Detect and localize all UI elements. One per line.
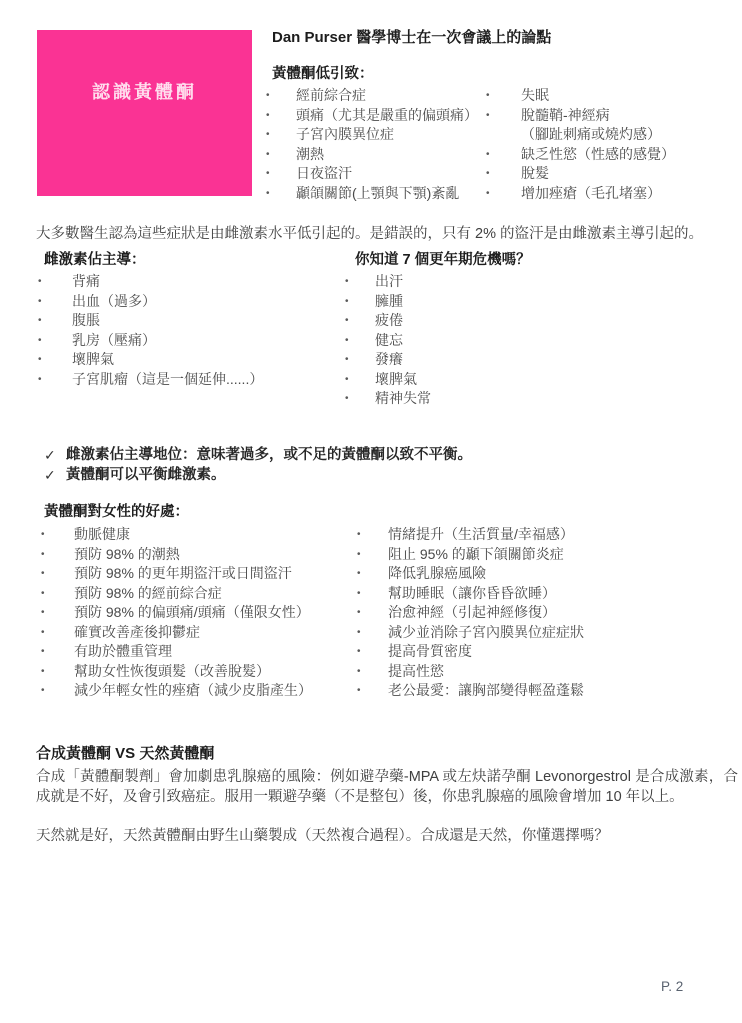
benefits-section: 黃體酮對女性的好處： •動脈健康 •預防 98% 的潮熱 •預防 98% 的更年… [30, 502, 730, 701]
list-item-label: 確實改善產後抑鬱症 [74, 623, 355, 643]
conference-section: Dan Purser 醫學博士在一次會議上的論點 黃體酮低引致： •經前綜合症 … [264, 28, 740, 203]
list-item-label: 子宮肌瘤（這是一個延伸......） [72, 370, 335, 390]
list-item-label: 脫髮 [521, 164, 740, 184]
bullet-spacer [486, 125, 521, 145]
list-item-label: 情緒提升（生活質量/幸福感） [388, 525, 730, 545]
list-item-label: 阻止 95% 的顳下頜關節炎症 [388, 545, 730, 565]
list-item: •疲倦 [342, 311, 672, 331]
benefits-columns: •動脈健康 •預防 98% 的潮熱 •預防 98% 的更年期盜汗或日間盜汗 •預… [30, 525, 730, 701]
list-item-label: 動脈健康 [74, 525, 355, 545]
list-item: •子宮肌瘤（這是一個延伸......） [30, 370, 335, 390]
list-item: •脫髮 [486, 164, 740, 184]
bullet-icon: • [30, 370, 72, 390]
list-item: •提高骨質密度 [355, 642, 730, 662]
bullet-icon: • [30, 525, 74, 545]
list-item-label: 提高性慾 [388, 662, 730, 682]
list-item-label: 腹脹 [72, 311, 335, 331]
bullet-icon: • [342, 331, 375, 351]
conference-title: Dan Purser 醫學博士在一次會議上的論點 [272, 28, 740, 48]
list-item-label: 日夜盜汗 [296, 164, 486, 184]
hero-title: 認識黃體酮 [92, 78, 197, 196]
list-item: •老公最愛：讓胸部變得輕盈蓬鬆 [355, 681, 730, 701]
list-item-label: 壞脾氣 [72, 350, 335, 370]
list-item-label: 潮熱 [296, 145, 486, 165]
list-item-label: 出汗 [375, 272, 672, 292]
list-item: •治愈神經（引起神經修復） [355, 603, 730, 623]
bullet-icon: • [264, 145, 296, 165]
bullet-icon: • [30, 350, 72, 370]
key-point-label: 雌激素佔主導地位：意味著過多，或不足的黃體酮以致不平衡。 [66, 446, 472, 466]
list-item-label: 增加痤瘡（毛孔堵塞） [521, 184, 740, 204]
list-item: •經前綜合症 [264, 86, 486, 106]
list-item-label: （腳趾刺痛或燒灼感） [521, 125, 740, 145]
benefits-right-list: •情緒提升（生活質量/幸福感） •阻止 95% 的顳下頜關節炎症 •降低乳腺癌風… [355, 525, 730, 701]
bullet-icon: • [355, 564, 388, 584]
bullet-icon: • [342, 272, 375, 292]
bullet-icon: • [355, 545, 388, 565]
list-item: •幫助女性恢復頭髮（改善脫髮） [30, 662, 355, 682]
bullet-icon: • [30, 331, 72, 351]
menopause-crises-title: 你知道 7 個更年期危機嗎？ [342, 250, 672, 270]
list-item: •失眠 [486, 86, 740, 106]
list-item: •情緒提升（生活質量/幸福感） [355, 525, 730, 545]
key-point: ✓黃體酮可以平衡雌激素。 [36, 466, 726, 486]
list-item-label: 預防 98% 的偏頭痛/頭痛（僅限女性） [74, 603, 355, 623]
list-item-label: 顳頜關節(上顎與下顎)紊亂 [296, 184, 486, 204]
list-item-label: 乳房（壓痛） [72, 331, 335, 351]
list-item-label: 子宮內膜異位症 [296, 125, 486, 145]
estrogen-dominance-section: 雌激素佔主導： •背痛 •出血（過多） •腹脹 •乳房（壓痛） •壞脾氣 •子宮… [30, 250, 335, 389]
natural-paragraph: 天然就是好，天然黃體酮由野生山藥製成（天然複合過程）。合成還是天然，你懂選擇嗎？ [36, 826, 738, 846]
bullet-icon: • [30, 623, 74, 643]
list-item-label: 老公最愛：讓胸部變得輕盈蓬鬆 [388, 681, 730, 701]
bullet-icon: • [30, 642, 74, 662]
list-item-label: 減少年輕女性的痤瘡（減少皮脂產生） [74, 681, 355, 701]
list-item: •子宮內膜異位症 [264, 125, 486, 145]
list-item: •臃腫 [342, 292, 672, 312]
list-item: •降低乳腺癌風險 [355, 564, 730, 584]
key-points-section: ✓雌激素佔主導地位：意味著過多，或不足的黃體酮以致不平衡。 ✓黃體酮可以平衡雌激… [36, 446, 726, 485]
list-item: •腹脹 [30, 311, 335, 331]
bullet-icon: • [342, 370, 375, 390]
list-item: •脫髓鞘-神經病 [486, 106, 740, 126]
bullet-icon: • [264, 125, 296, 145]
list-item: •有助於體重管理 [30, 642, 355, 662]
bullet-icon: • [30, 311, 72, 331]
synthetic-risk-paragraph: 合成「黃體酮製劑」會加劇患乳腺癌的風險：例如避孕藥-MPA 或左炔諾孕酮 Lev… [36, 767, 738, 807]
list-item-label: 精神失常 [375, 389, 672, 409]
conference-columns: •經前綜合症 •頭痛（尤其是嚴重的偏頭痛） •子宮內膜異位症 •潮熱 •日夜盜汗… [264, 86, 740, 203]
list-item: •精神失常 [342, 389, 672, 409]
bullet-icon: • [486, 106, 521, 126]
bullet-icon: • [30, 292, 72, 312]
list-item: •確實改善產後抑鬱症 [30, 623, 355, 643]
bullet-icon: • [342, 389, 375, 409]
bullet-icon: • [30, 681, 74, 701]
list-item: •頭痛（尤其是嚴重的偏頭痛） [264, 106, 486, 126]
page-number: P. 2 [661, 979, 683, 994]
list-item-label: 壞脾氣 [375, 370, 672, 390]
list-item-label: 治愈神經（引起神經修復） [388, 603, 730, 623]
list-item-label: 預防 98% 的更年期盜汗或日間盜汗 [74, 564, 355, 584]
bullet-icon: • [30, 564, 74, 584]
check-icon: ✓ [36, 446, 66, 466]
list-item-label: 脫髓鞘-神經病 [521, 106, 740, 126]
list-item-label: 提高骨質密度 [388, 642, 730, 662]
list-item-label: 健忘 [375, 331, 672, 351]
bullet-icon: • [486, 145, 521, 165]
doctors-note-paragraph: 大多數醫生認為這些症狀是由雌激素水平低引起的。是錯誤的，只有 2% 的盜汗是由雌… [36, 224, 738, 244]
list-item-label: 經前綜合症 [296, 86, 486, 106]
list-item-continuation: （腳趾刺痛或燒灼感） [486, 125, 740, 145]
list-item: •動脈健康 [30, 525, 355, 545]
document-page: 認識黃體酮 Dan Purser 醫學博士在一次會議上的論點 黃體酮低引致： •… [0, 0, 742, 1023]
list-item-label: 減少並消除子宮內膜異位症症狀 [388, 623, 730, 643]
bullet-icon: • [264, 106, 296, 126]
menopause-crises-section: 你知道 7 個更年期危機嗎？ •出汗 •臃腫 •疲倦 •健忘 •發癢 •壞脾氣 … [342, 250, 672, 409]
list-item: •發癢 [342, 350, 672, 370]
bullet-icon: • [264, 164, 296, 184]
list-item: •缺乏性慾（性感的感覺） [486, 145, 740, 165]
conference-left-list: •經前綜合症 •頭痛（尤其是嚴重的偏頭痛） •子宮內膜異位症 •潮熱 •日夜盜汗… [264, 86, 486, 203]
low-progesterone-subtitle: 黃體酮低引致： [272, 64, 740, 84]
list-item: •預防 98% 的更年期盜汗或日間盜汗 [30, 564, 355, 584]
list-item: •出汗 [342, 272, 672, 292]
benefits-left-list: •動脈健康 •預防 98% 的潮熱 •預防 98% 的更年期盜汗或日間盜汗 •預… [30, 525, 355, 701]
list-item-label: 出血（過多） [72, 292, 335, 312]
list-item-label: 缺乏性慾（性感的感覺） [521, 145, 740, 165]
list-item: •增加痤瘡（毛孔堵塞） [486, 184, 740, 204]
bullet-icon: • [486, 184, 521, 204]
bullet-icon: • [342, 350, 375, 370]
list-item-label: 失眠 [521, 86, 740, 106]
list-item-label: 預防 98% 的潮熱 [74, 545, 355, 565]
list-item-label: 有助於體重管理 [74, 642, 355, 662]
benefits-title: 黃體酮對女性的好處： [30, 502, 730, 522]
bullet-icon: • [355, 603, 388, 623]
list-item-label: 降低乳腺癌風險 [388, 564, 730, 584]
estrogen-dominance-list: •背痛 •出血（過多） •腹脹 •乳房（壓痛） •壞脾氣 •子宮肌瘤（這是一個延… [30, 272, 335, 389]
list-item: •預防 98% 的潮熱 [30, 545, 355, 565]
hero-banner: 認識黃體酮 [37, 30, 252, 196]
list-item: •預防 98% 的偏頭痛/頭痛（僅限女性） [30, 603, 355, 623]
bullet-icon: • [355, 584, 388, 604]
list-item-label: 發癢 [375, 350, 672, 370]
bullet-icon: • [342, 292, 375, 312]
bullet-icon: • [355, 525, 388, 545]
estrogen-dominance-title: 雌激素佔主導： [30, 250, 335, 270]
list-item: •幫助睡眠（讓你昏昏欲睡） [355, 584, 730, 604]
list-item: •乳房（壓痛） [30, 331, 335, 351]
bullet-icon: • [30, 272, 72, 292]
list-item: •減少年輕女性的痤瘡（減少皮脂產生） [30, 681, 355, 701]
list-item-label: 頭痛（尤其是嚴重的偏頭痛） [296, 106, 486, 126]
bullet-icon: • [355, 642, 388, 662]
synthetic-vs-natural-section: 合成黃體酮 VS 天然黃體酮 合成「黃體酮製劑」會加劇患乳腺癌的風險：例如避孕藥… [36, 744, 738, 846]
bullet-icon: • [30, 584, 74, 604]
bullet-icon: • [30, 662, 74, 682]
bullet-icon: • [355, 623, 388, 643]
bullet-icon: • [264, 86, 296, 106]
list-item: •潮熱 [264, 145, 486, 165]
list-item: •健忘 [342, 331, 672, 351]
list-item-label: 幫助睡眠（讓你昏昏欲睡） [388, 584, 730, 604]
synthetic-vs-natural-title: 合成黃體酮 VS 天然黃體酮 [36, 744, 738, 764]
list-item-label: 臃腫 [375, 292, 672, 312]
list-item-label: 背痛 [72, 272, 335, 292]
list-item: •背痛 [30, 272, 335, 292]
list-item: •減少並消除子宮內膜異位症症狀 [355, 623, 730, 643]
bullet-icon: • [355, 681, 388, 701]
bullet-icon: • [486, 86, 521, 106]
key-point-label: 黃體酮可以平衡雌激素。 [66, 466, 226, 486]
bullet-icon: • [264, 184, 296, 204]
list-item-label: 疲倦 [375, 311, 672, 331]
list-item: •日夜盜汗 [264, 164, 486, 184]
bullet-icon: • [486, 164, 521, 184]
check-icon: ✓ [36, 466, 66, 486]
bullet-icon: • [30, 603, 74, 623]
list-item: •預防 98% 的經前綜合症 [30, 584, 355, 604]
bullet-icon: • [355, 662, 388, 682]
list-item: •顳頜關節(上顎與下顎)紊亂 [264, 184, 486, 204]
list-item: •壞脾氣 [342, 370, 672, 390]
conference-right-list: •失眠 •脫髓鞘-神經病 （腳趾刺痛或燒灼感） •缺乏性慾（性感的感覺） •脫髮… [486, 86, 740, 203]
key-point: ✓雌激素佔主導地位：意味著過多，或不足的黃體酮以致不平衡。 [36, 446, 726, 466]
list-item: •出血（過多） [30, 292, 335, 312]
bullet-icon: • [342, 311, 375, 331]
bullet-icon: • [30, 545, 74, 565]
list-item-label: 幫助女性恢復頭髮（改善脫髮） [74, 662, 355, 682]
list-item: •壞脾氣 [30, 350, 335, 370]
list-item: •阻止 95% 的顳下頜關節炎症 [355, 545, 730, 565]
menopause-crises-list: •出汗 •臃腫 •疲倦 •健忘 •發癢 •壞脾氣 •精神失常 [342, 272, 672, 409]
list-item: •提高性慾 [355, 662, 730, 682]
list-item-label: 預防 98% 的經前綜合症 [74, 584, 355, 604]
